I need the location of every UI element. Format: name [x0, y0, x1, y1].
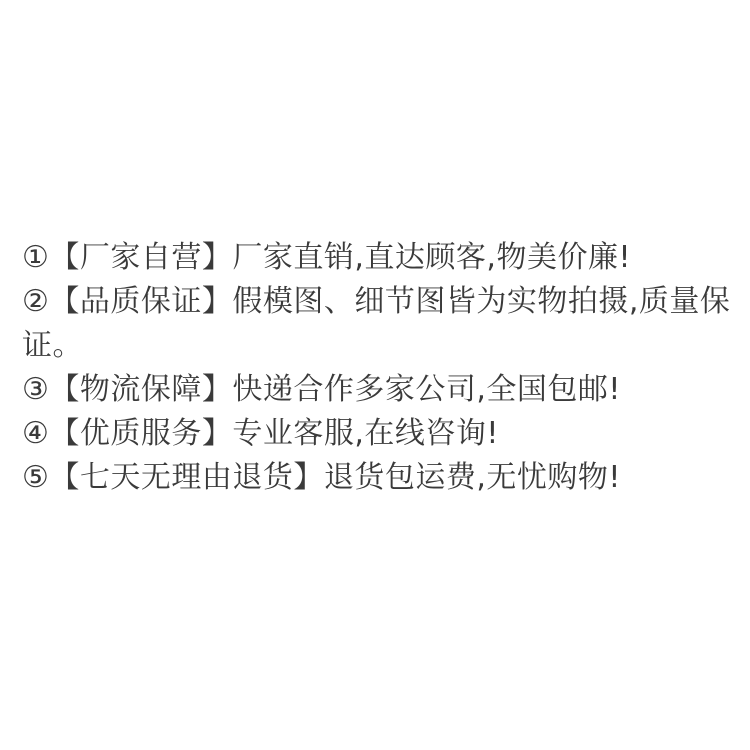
notice-item-quality-guarantee: ②【品质保证】假模图、细节图皆为实物拍摄,质量保证。 — [22, 280, 734, 368]
service-notice-list: ①【厂家自营】厂家直销,直达顾客,物美价廉! ②【品质保证】假模图、细节图皆为实… — [22, 236, 734, 500]
notice-item-return-policy: ⑤【七天无理由退货】退货包运费,无忧购物! — [22, 456, 734, 500]
notice-item-customer-service: ④【优质服务】专业客服,在线咨询! — [22, 412, 734, 456]
product-description-image: ①【厂家自营】厂家直销,直达顾客,物美价廉! ②【品质保证】假模图、细节图皆为实… — [0, 0, 750, 750]
notice-item-logistics: ③【物流保障】快递合作多家公司,全国包邮! — [22, 368, 734, 412]
notice-item-factory-direct: ①【厂家自营】厂家直销,直达顾客,物美价廉! — [22, 236, 734, 280]
